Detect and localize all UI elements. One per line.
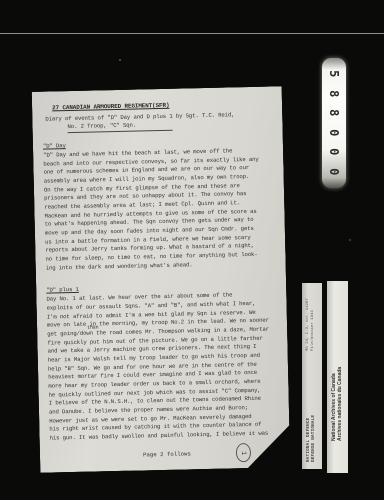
circled-page-stamp: 1 [236, 443, 251, 462]
frame-counter-strip: 588000 [322, 58, 346, 188]
counter-digit: 0 [324, 159, 344, 183]
archives-line-2: Archives nationales du Canada [337, 367, 343, 441]
archives-label-text: National Archives of Canada Archives nat… [331, 367, 343, 441]
document-content: 27 CANADIAN ARMOURED REGIMENT(SFR) Diary… [32, 86, 290, 462]
reference-line-2: File/dossier 1944 [311, 298, 316, 351]
reference-label-text: RG 24, C-3, vol. 14287 File/dossier 1944 [306, 298, 315, 351]
department-label-text: NATIONAL DEFENCE DÉFENSE NATIONALE [306, 415, 316, 462]
section-d-plus-1-lines: than Day No. 1 at last. We hear over the… [46, 290, 283, 443]
document-subtitle-unit: No. 2 Troop, "C" Sqn. [67, 121, 172, 133]
document-page: 27 CANADIAN ARMOURED REGIMENT(SFR) Diary… [32, 86, 291, 473]
reference-line-1: RG 24, C-3, vol. 14287 [306, 298, 311, 351]
microfilm-frame: 27 CANADIAN ARMOURED REGIMENT(SFR) Diary… [0, 0, 384, 500]
department-line-2: DÉFENSE NATIONALE [311, 415, 316, 462]
section-d-day-lines: "D" Day and we have hit the beach at las… [43, 146, 280, 273]
stamp-number: 1 [239, 450, 247, 454]
film-edge-line [0, 33, 384, 34]
typed-insertion-word: than [87, 324, 99, 333]
